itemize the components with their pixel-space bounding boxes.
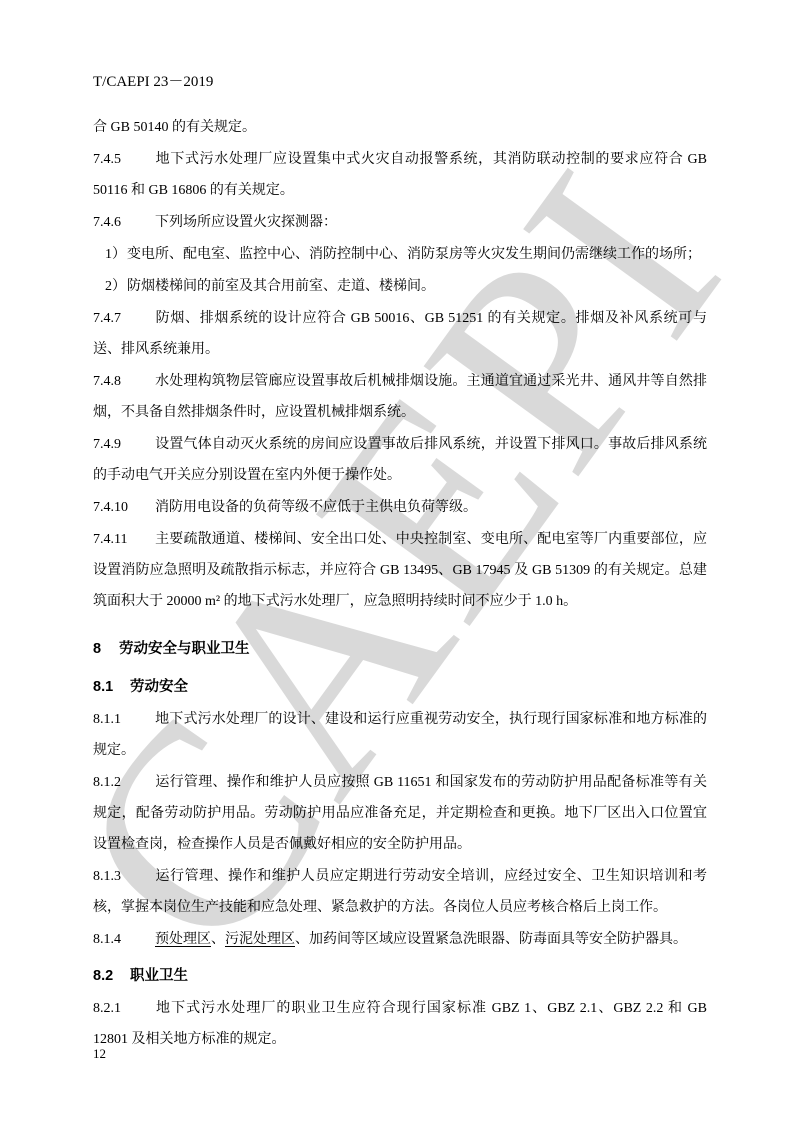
paragraph: 1）变电所、配电室、监控中心、消防控制中心、消防泵房等火灾发生期间仍需继续工作的…: [93, 239, 707, 270]
paragraph-text: 设置气体自动灭火系统的房间应设置事故后排风系统，并设置下排风口。事故后排风系统的…: [93, 437, 707, 483]
paragraph: 7.4.10消防用电设备的负荷等级不应低于主供电负荷等级。: [93, 492, 707, 523]
clause-number: 8.2: [93, 961, 130, 992]
paragraph: 7.4.5地下式污水处理厂应设置集中式火灾自动报警系统，其消防联动控制的要求应符…: [93, 144, 707, 206]
paragraph-text: 水处理构筑物层管廊应设置事故后机械排烟设施。主通道宜通过采光井、通风井等自然排烟…: [93, 374, 707, 420]
clause-number: 7.4.10: [93, 492, 155, 523]
paragraph-text: 、加药间等区域应设置紧急洗眼器、防毒面具等安全防护器具。: [295, 932, 687, 947]
paragraph-text: 、: [211, 932, 225, 947]
paragraph: 8.1.2运行管理、操作和维护人员应按照 GB 11651 和国家发布的劳动防护…: [93, 767, 707, 860]
clause-number: 2）: [105, 271, 127, 302]
clause-number: 1）: [105, 239, 127, 270]
paragraph-text: 劳动安全与职业卫生: [119, 641, 250, 657]
paragraph: 7.4.7防烟、排烟系统的设计应符合 GB 50016、GB 51251 的有关…: [93, 303, 707, 365]
clause-number: 8.1.1: [93, 704, 155, 735]
paragraph: 7.4.6下列场所应设置火灾探测器：: [93, 207, 707, 238]
paragraph: 合 GB 50140 的有关规定。: [93, 112, 707, 143]
paragraph-text: 职业卫生: [130, 968, 188, 984]
paragraph-text: 地下式污水处理厂的职业卫生应符合现行国家标准 GBZ 1、GBZ 2.1、GBZ…: [93, 1001, 707, 1047]
clause-number: 8.1.3: [93, 861, 155, 892]
paragraph: 7.4.11主要疏散通道、楼梯间、安全出口处、中央控制室、变电所、配电室等厂内重…: [93, 524, 707, 617]
paragraph-text: 污泥处理区: [225, 932, 295, 947]
section-heading: 8劳动安全与职业卫生: [93, 634, 707, 665]
paragraph-text: 运行管理、操作和维护人员应定期进行劳动安全培训，应经过安全、卫生知识培训和考核，…: [93, 869, 707, 915]
page-number: 12: [93, 1046, 106, 1062]
clause-number: 8.1.4: [93, 924, 155, 955]
paragraph-text: 主要疏散通道、楼梯间、安全出口处、中央控制室、变电所、配电室等厂内重要部位，应设…: [93, 532, 707, 609]
clause-number: 7.4.9: [93, 429, 155, 460]
paragraph: 7.4.9设置气体自动灭火系统的房间应设置事故后排风系统，并设置下排风口。事故后…: [93, 429, 707, 491]
section-heading: 8.1劳动安全: [93, 672, 707, 703]
paragraph-text: 变电所、配电室、监控中心、消防控制中心、消防泵房等火灾发生期间仍需继续工作的场所…: [127, 247, 701, 262]
paragraph: 8.1.1地下式污水处理厂的设计、建设和运行应重视劳动安全，执行现行国家标准和地…: [93, 704, 707, 766]
paragraph-text: 下列场所应设置火灾探测器：: [155, 215, 337, 230]
paragraph: 8.1.3运行管理、操作和维护人员应定期进行劳动安全培训，应经过安全、卫生知识培…: [93, 861, 707, 923]
section-heading: 8.2职业卫生: [93, 961, 707, 992]
clause-number: 8.1: [93, 672, 130, 703]
clause-number: 8: [93, 634, 119, 665]
clause-number: 7.4.7: [93, 303, 155, 334]
clause-number: 7.4.11: [93, 524, 155, 555]
paragraph-text: 合 GB 50140 的有关规定。: [93, 120, 256, 135]
paragraph: 8.2.1地下式污水处理厂的职业卫生应符合现行国家标准 GBZ 1、GBZ 2.…: [93, 993, 707, 1055]
paragraph-text: 地下式污水处理厂应设置集中式火灾自动报警系统，其消防联动控制的要求应符合 GB …: [93, 152, 707, 198]
clause-number: 7.4.8: [93, 366, 155, 397]
document-body: 合 GB 50140 的有关规定。7.4.5地下式污水处理厂应设置集中式火灾自动…: [93, 112, 707, 1056]
paragraph-text: 地下式污水处理厂的设计、建设和运行应重视劳动安全，执行现行国家标准和地方标准的规…: [93, 712, 707, 758]
clause-number: 7.4.6: [93, 207, 155, 238]
clause-number: 7.4.5: [93, 144, 155, 175]
paragraph-text: 消防用电设备的负荷等级不应低于主供电负荷等级。: [155, 500, 477, 515]
paragraph-text: 防烟、排烟系统的设计应符合 GB 50016、GB 51251 的有关规定。排烟…: [93, 311, 707, 357]
clause-number: 8.2.1: [93, 993, 155, 1024]
paragraph-text: 防烟楼梯间的前室及其合用前室、走道、楼梯间。: [127, 279, 435, 294]
paragraph: 8.1.4预处理区、污泥处理区、加药间等区域应设置紧急洗眼器、防毒面具等安全防护…: [93, 924, 707, 955]
paragraph-text: 劳动安全: [130, 679, 188, 695]
paragraph: 7.4.8水处理构筑物层管廊应设置事故后机械排烟设施。主通道宜通过采光井、通风井…: [93, 366, 707, 428]
clause-number: 8.1.2: [93, 767, 155, 798]
document-page: CAEPI T/CAEPI 23－2019 合 GB 50140 的有关规定。7…: [0, 0, 794, 1123]
paragraph-text: 运行管理、操作和维护人员应按照 GB 11651 和国家发布的劳动防护用品配备标…: [93, 775, 707, 852]
paragraph-text: 预处理区: [155, 932, 211, 947]
paragraph: 2）防烟楼梯间的前室及其合用前室、走道、楼梯间。: [93, 271, 707, 302]
document-header: T/CAEPI 23－2019: [93, 70, 213, 91]
